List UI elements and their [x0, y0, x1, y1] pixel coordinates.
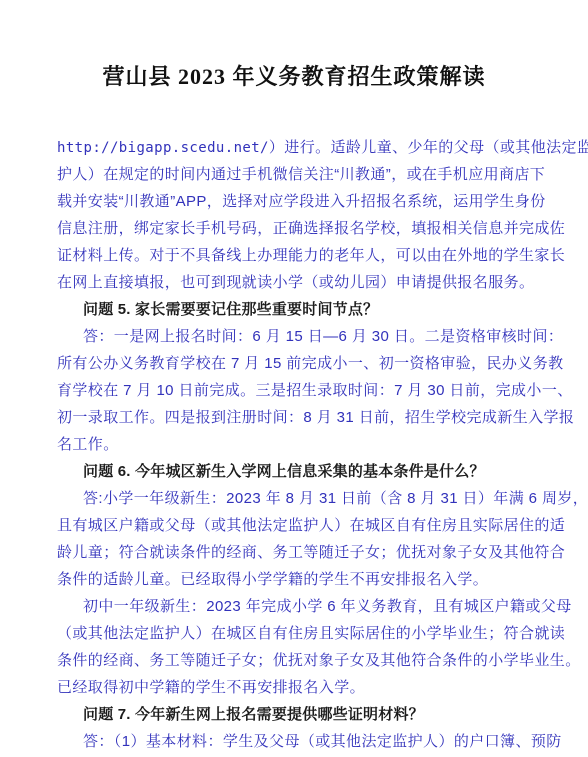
body-text-line: 载并安装“川教通”APP，选择对应学段进入升招报名系统，运用学生身份: [57, 188, 539, 215]
text-run: 育学校在 7 月 10 日前完成。三是招生录取时间：7 月 30 日前，完成小一…: [57, 382, 573, 399]
text-run: 答：一是网上报名时间：6 月 15 日—6 月 30 日。二是资格审核时间：: [83, 328, 563, 345]
text-run: 所有公办义务教育学校在 7 月 15 前完成小一、初一资格审验，民办义务教: [57, 355, 564, 372]
body-text-line: 护人）在规定的时间内通过手机微信关注“川教通”，或在手机应用商店下: [57, 161, 539, 188]
text-run: 已经取得初中学籍的学生不再安排报名入学。: [57, 679, 365, 696]
body-text-line: 所有公办义务教育学校在 7 月 15 前完成小一、初一资格审验，民办义务教: [57, 350, 539, 377]
text-run: （或其他法定监护人）在城区自有住房且实际居住的小学毕业生；符合就读: [57, 625, 565, 642]
text-run: 载并安装“川教通”APP，选择对应学段进入升招报名系统，运用学生身份: [57, 193, 546, 210]
body-text-line: 条件的经商、务工等随迁子女；优抚对象子女及其他符合条件的小学毕业生。: [57, 647, 539, 674]
question-line: 问题 5. 家长需要要记住那些重要时间节点？: [57, 296, 539, 323]
body-text-line: 答:小学一年级新生：2023 年 8 月 31 日前（含 8 月 31 日）年满…: [57, 485, 539, 512]
text-run: 在网上直接填报，也可到现就读小学（或幼儿园）申请提供报名服务。: [57, 274, 534, 291]
document-page: 营山县 2023 年义务教育招生政策解读 http://bigapp.scedu…: [0, 0, 588, 757]
text-run: 龄儿童；符合就读条件的经商、务工等随迁子女；优抚对象子女及其他符合: [57, 544, 565, 561]
body-text-line: 名工作。: [57, 431, 539, 458]
text-run: 问题 6. 今年城区新生入学网上信息采集的基本条件是什么？: [83, 463, 485, 480]
body-text-line: 且有城区户籍或父母（或其他法定监护人）在城区自有住房且实际居住的适: [57, 512, 539, 539]
body-text-line: 在网上直接填报，也可到现就读小学（或幼儿园）申请提供报名服务。: [57, 269, 539, 296]
question-line: 问题 6. 今年城区新生入学网上信息采集的基本条件是什么？: [57, 458, 539, 485]
document-body: http://bigapp.scedu.net/）进行。适龄儿童、少年的父母（或…: [57, 134, 539, 755]
body-text-line: （或其他法定监护人）在城区自有住房且实际居住的小学毕业生；符合就读: [57, 620, 539, 647]
body-text-line: 初中一年级新生：2023 年完成小学 6 年义务教育，且有城区户籍或父母: [57, 593, 539, 620]
body-text-line: 答：（1）基本材料：学生及父母（或其他法定监护人）的户口簿、预防: [57, 728, 539, 755]
text-run: 护人）在规定的时间内通过手机微信关注“川教通”，或在手机应用商店下: [57, 166, 545, 183]
text-run: 条件的适龄儿童。已经取得小学学籍的学生不再安排报名入学。: [57, 571, 488, 588]
text-run: 问题 5. 家长需要要记住那些重要时间节点？: [83, 301, 378, 318]
body-text-line: 条件的适龄儿童。已经取得小学学籍的学生不再安排报名入学。: [57, 566, 539, 593]
body-text-line: 信息注册，绑定家长手机号码，正确选择报名学校，填报相关信息并完成佐: [57, 215, 539, 242]
text-run: 初一录取工作。四是报到注册时间：8 月 31 日前，招生学校完成新生入学报: [57, 409, 574, 426]
body-text-line: 已经取得初中学籍的学生不再安排报名入学。: [57, 674, 539, 701]
text-run: 问题 7. 今年新生网上报名需要提供哪些证明材料？: [83, 706, 424, 723]
body-text-line: 初一录取工作。四是报到注册时间：8 月 31 日前，招生学校完成新生入学报: [57, 404, 539, 431]
text-run: 且有城区户籍或父母（或其他法定监护人）在城区自有住房且实际居住的适: [57, 517, 565, 534]
text-run: 答:小学一年级新生：2023 年 8 月 31 日前（含 8 月 31 日）年满…: [83, 490, 588, 507]
body-text-line: 答：一是网上报名时间：6 月 15 日—6 月 30 日。二是资格审核时间：: [57, 323, 539, 350]
body-text-line: 龄儿童；符合就读条件的经商、务工等随迁子女；优抚对象子女及其他符合: [57, 539, 539, 566]
body-text-line: 证材料上传。对于不具备线上办理能力的老年人，可以由在外地的学生家长: [57, 242, 539, 269]
text-run: 证材料上传。对于不具备线上办理能力的老年人，可以由在外地的学生家长: [57, 247, 565, 264]
page-title: 营山县 2023 年义务教育招生政策解读: [0, 62, 588, 92]
text-run: 条件的经商、务工等随迁子女；优抚对象子女及其他符合条件的小学毕业生。: [57, 652, 581, 669]
body-text-line: http://bigapp.scedu.net/）进行。适龄儿童、少年的父母（或…: [57, 134, 539, 161]
url-text: http://bigapp.scedu.net/: [57, 140, 269, 156]
text-run: 答：（1）基本材料：学生及父母（或其他法定监护人）的户口簿、预防: [83, 733, 562, 750]
text-run: 初中一年级新生：2023 年完成小学 6 年义务教育，且有城区户籍或父母: [83, 598, 572, 615]
text-run: ）进行。适龄儿童、少年的父母（或其他法定监: [269, 139, 588, 156]
body-text-line: 育学校在 7 月 10 日前完成。三是招生录取时间：7 月 30 日前，完成小一…: [57, 377, 539, 404]
text-run: 信息注册，绑定家长手机号码，正确选择报名学校，填报相关信息并完成佐: [57, 220, 565, 237]
text-run: 名工作。: [57, 436, 119, 453]
question-line: 问题 7. 今年新生网上报名需要提供哪些证明材料？: [57, 701, 539, 728]
